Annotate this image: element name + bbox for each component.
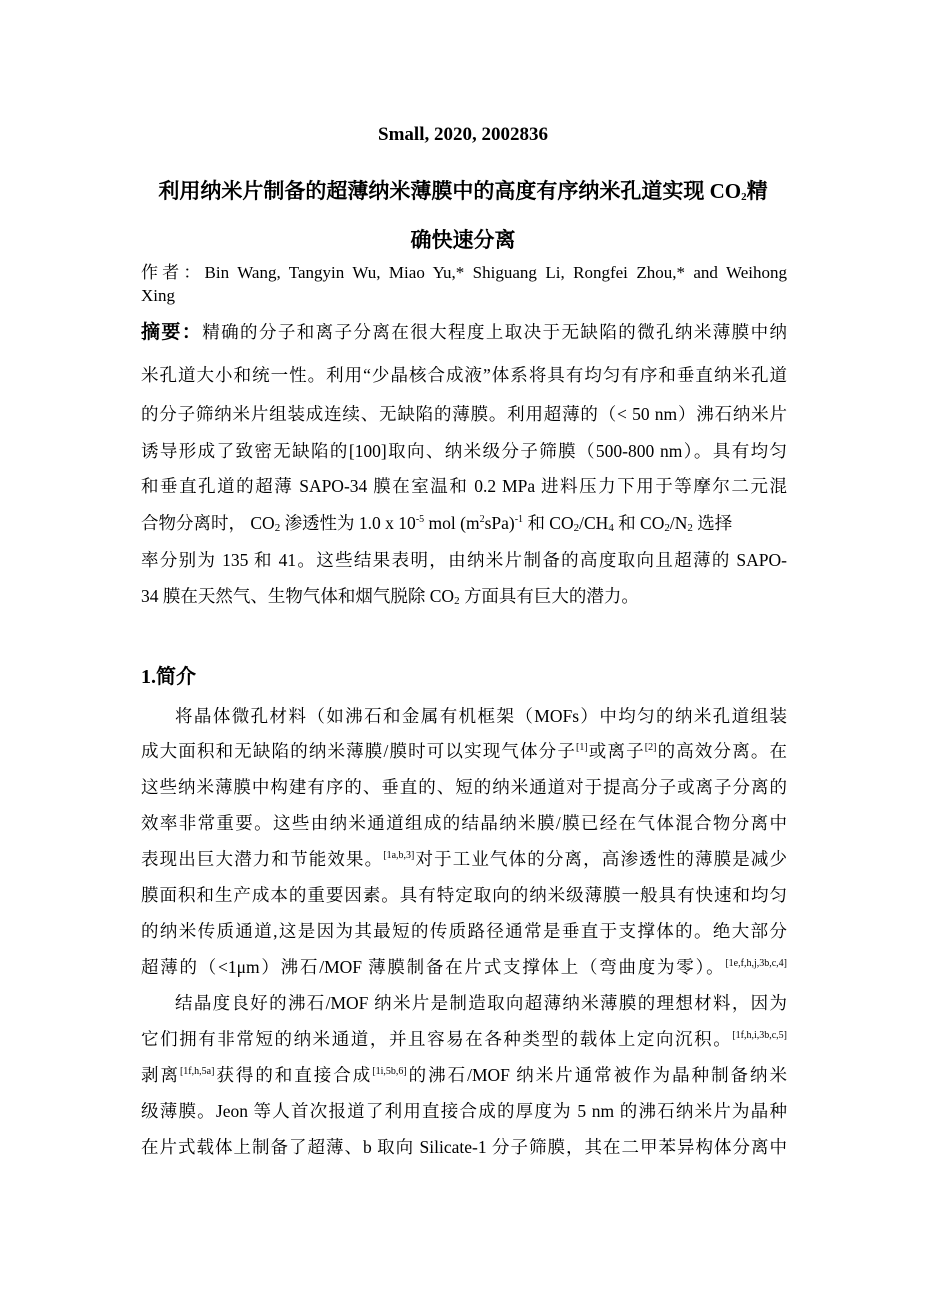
text: 选择: [693, 513, 732, 533]
citation: [1f,h,i,3b,c,5]: [732, 1030, 787, 1041]
abstract-line: 摘要：精确的分子和离子分离在很大程度上取决于无缺陷的微孔纳米薄膜中纳: [141, 321, 787, 344]
superscript: -1: [515, 514, 523, 525]
intro-line: 超薄的（<1μm）沸石/MOF 薄膜制备在片式支撑体上（弯曲度为零）。[1e,f…: [141, 956, 787, 978]
intro-line: 表现出巨大潜力和节能效果。[1a,b,3]对于工业气体的分离，高渗透性的薄膜是减…: [141, 848, 787, 870]
intro-line: 将晶体微孔材料（如沸石和金属有机框架（MOFs）中均匀的纳米孔道组装: [141, 705, 787, 727]
superscript: -5: [416, 514, 424, 525]
title-text: 利用纳米片制备的超薄纳米薄膜中的高度有序纳米孔道实现 CO: [158, 179, 741, 203]
abstract-line: 34 膜在天然气、生物气体和烟气脱除 CO2 方面具有巨大的潜力。: [141, 585, 787, 607]
text: 渗透性为 1.0 x 10: [280, 513, 416, 533]
text: 方面具有巨大的潜力。: [460, 586, 639, 606]
text: 或离子: [588, 741, 645, 761]
text: /N: [670, 513, 688, 533]
citation: [1]: [576, 742, 588, 753]
citation: [1e,f,h,j,3b,c,4]: [725, 958, 787, 969]
authors-label: 作者：: [141, 263, 205, 282]
text: 获得的和直接合成: [214, 1065, 372, 1085]
abstract-text: 精确的分子和离子分离在很大程度上取决于无缺陷的微孔纳米薄膜中纳: [202, 322, 787, 342]
text: /CH: [579, 513, 608, 533]
document-page: Small, 2020, 2002836 利用纳米片制备的超薄纳米薄膜中的高度有…: [0, 0, 926, 1309]
citation: [1f,h,5a]: [180, 1066, 214, 1077]
title-text: 精: [747, 179, 768, 203]
text: 剥离: [141, 1065, 180, 1085]
intro-line: 级薄膜。Jeon 等人首次报道了利用直接合成的厚度为 5 nm 的沸石纳米片为晶…: [141, 1100, 787, 1122]
intro-line: 剥离[1f,h,5a]获得的和直接合成[1i,5b,6]的沸石/MOF 纳米片通…: [141, 1064, 787, 1086]
text: 成大面积和无缺陷的纳米薄膜/膜时可以实现气体分子: [141, 741, 576, 761]
section-heading: 1.简介: [141, 660, 196, 689]
text: sPa): [485, 513, 515, 533]
abstract-line: 合物分离时， CO2 渗透性为 1.0 x 10-5 mol (m2sPa)-1…: [141, 512, 787, 534]
text: 合物分离时， CO: [141, 513, 275, 533]
text: mol (m: [424, 513, 479, 533]
abstract-line: 的分子筛纳米片组装成连续、无缺陷的薄膜。利用超薄的（< 50 nm）沸石纳米片: [141, 403, 787, 425]
intro-line: 在片式载体上制备了超薄、b 取向 Silicate-1 分子筛膜，其在二甲苯异构…: [141, 1136, 787, 1158]
text: 它们拥有非常短的纳米通道，并且容易在各种类型的载体上定向沉积。: [141, 1029, 732, 1049]
intro-line: 成大面积和无缺陷的纳米薄膜/膜时可以实现气体分子[1]或离子[2]的高效分离。在: [141, 740, 787, 762]
citation: [1i,5b,6]: [372, 1066, 406, 1077]
intro-line: 这些纳米薄膜中构建有序的、垂直的、短的纳米通道对于提高分子或离子分离的: [141, 776, 787, 798]
text: 超薄的（<1μm）沸石/MOF 薄膜制备在片式支撑体上（弯曲度为零）。: [141, 957, 725, 977]
abstract-line: 诱导形成了致密无缺陷的[100]取向、纳米级分子筛膜（500-800 nm）。具…: [141, 440, 787, 462]
abstract-line: 率分别为 135 和 41。这些结果表明，由纳米片制备的高度取向且超薄的 SAP…: [141, 549, 787, 571]
intro-line: 结晶度良好的沸石/MOF 纳米片是制造取向超薄纳米薄膜的理想材料，因为: [141, 992, 787, 1014]
authors-line: 作者：Bin Wang, Tangyin Wu, Miao Yu,* Shigu…: [141, 262, 787, 284]
authors-line-2: Xing: [141, 285, 787, 307]
intro-line: 的纳米传质通道,这是因为其最短的传质路径通常是垂直于支撑体的。绝大部分: [141, 920, 787, 942]
text: 和 CO: [523, 513, 574, 533]
abstract-line: 和垂直孔道的超薄 SAPO-34 膜在室温和 0.2 MPa 进料压力下用于等摩…: [141, 475, 787, 497]
abstract-line: 米孔道大小和统一性。利用“少晶核合成液”体系将具有均匀有序和垂直纳米孔道: [141, 364, 787, 386]
abstract-label: 摘要：: [141, 322, 202, 343]
intro-line: 效率非常重要。这些由纳米通道组成的结晶纳米膜/膜已经在气体混合物分离中: [141, 812, 787, 834]
intro-line: 膜面积和生产成本的重要因素。具有特定取向的纳米级薄膜一般具有快速和均匀: [141, 884, 787, 906]
citation: [2]: [645, 742, 657, 753]
journal-reference: Small, 2020, 2002836: [0, 124, 926, 146]
text: 对于工业气体的分离，高渗透性的薄膜是减少: [414, 849, 787, 869]
text: 的高效分离。在: [656, 741, 787, 761]
text: 表现出巨大潜力和节能效果。: [141, 849, 383, 869]
text: 的沸石/MOF 纳米片通常被作为晶种制备纳米: [407, 1065, 787, 1085]
text: 和 CO: [614, 513, 665, 533]
paper-title-line-2: 确快速分离: [0, 224, 926, 254]
citation: [1a,b,3]: [383, 850, 414, 861]
intro-line: 它们拥有非常短的纳米通道，并且容易在各种类型的载体上定向沉积。[1f,h,i,3…: [141, 1028, 787, 1050]
paper-title-line-1: 利用纳米片制备的超薄纳米薄膜中的高度有序纳米孔道实现 CO2精: [0, 175, 926, 205]
authors-names: Bin Wang, Tangyin Wu, Miao Yu,* Shiguang…: [205, 263, 787, 282]
text: 34 膜在天然气、生物气体和烟气脱除 CO: [141, 586, 454, 606]
